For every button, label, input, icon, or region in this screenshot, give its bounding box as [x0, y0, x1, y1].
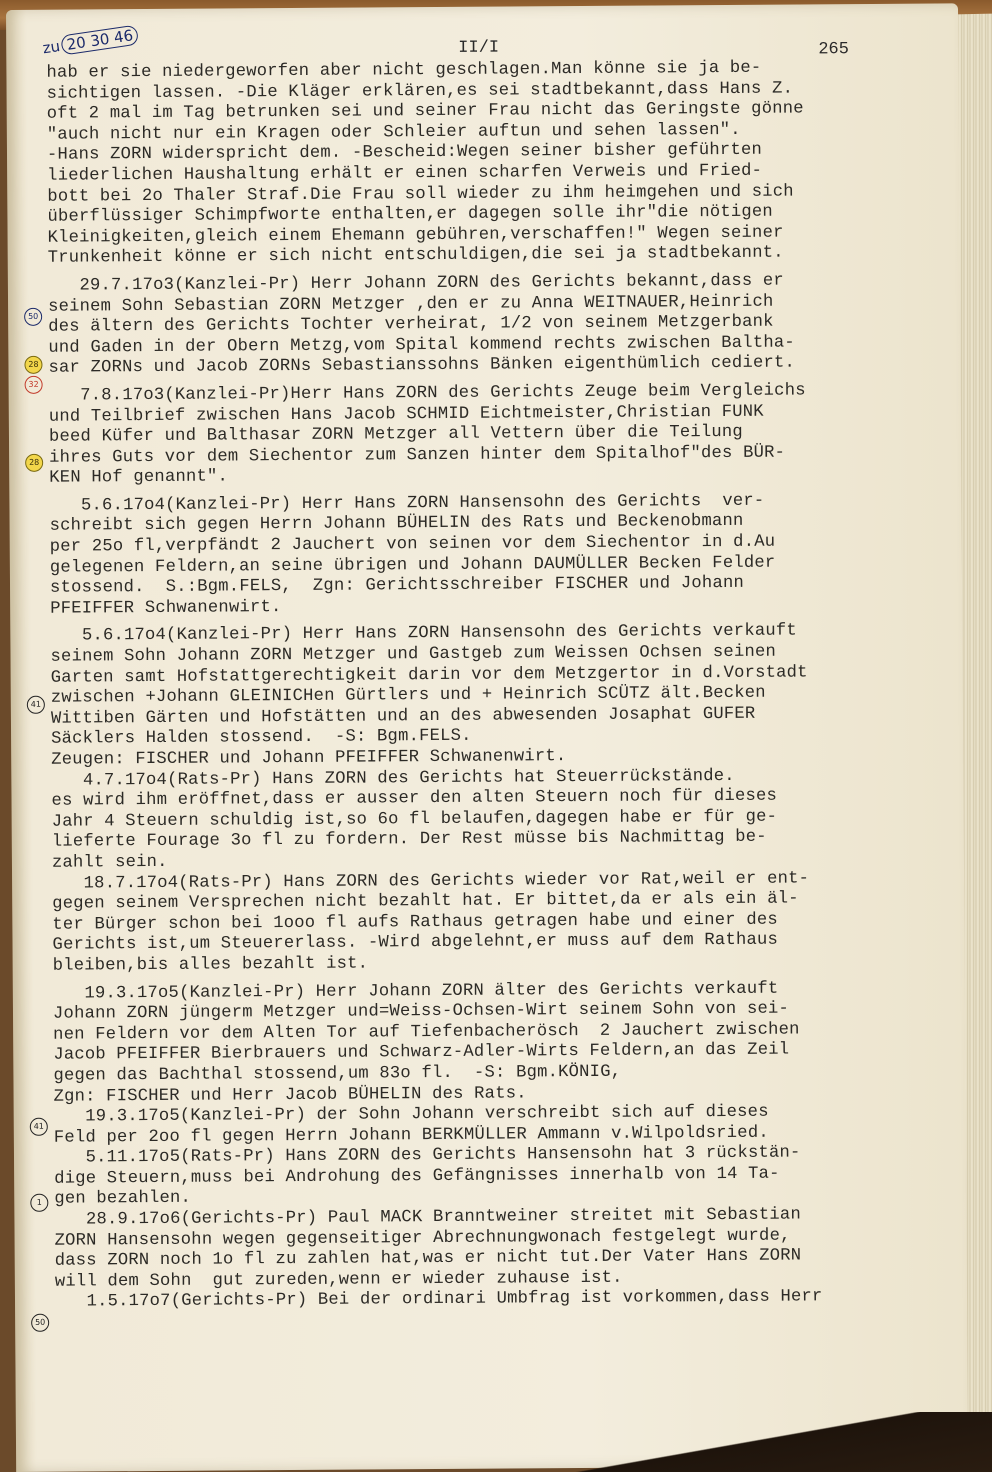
- document-body: hab er sie niedergeworfen aber nicht ges…: [46, 57, 955, 1313]
- circled-reference-numbers: 20 30 46: [60, 24, 139, 55]
- circled-margin-number: 1: [30, 1194, 48, 1212]
- circled-margin-number: 28: [25, 454, 43, 472]
- section-identifier: II/I: [458, 39, 499, 58]
- table-shadow: [572, 1412, 992, 1472]
- typed-document-page: zu20 30 46 II/I 265 hab er sie niedergew…: [6, 3, 968, 1472]
- circled-margin-number: 41: [30, 1118, 48, 1136]
- page-number: 265: [818, 40, 849, 59]
- circled-margin-number: 50: [24, 308, 42, 326]
- circled-margin-number: 41: [27, 696, 45, 714]
- handwritten-cross-reference: zu20 30 46: [41, 24, 139, 58]
- circled-margin-number: 28: [24, 356, 42, 374]
- circled-margin-number: 32: [25, 376, 43, 394]
- circled-margin-number: 50: [31, 1314, 49, 1332]
- page-header: zu20 30 46 II/I 265: [6, 11, 958, 58]
- zu-prefix: zu: [41, 37, 61, 57]
